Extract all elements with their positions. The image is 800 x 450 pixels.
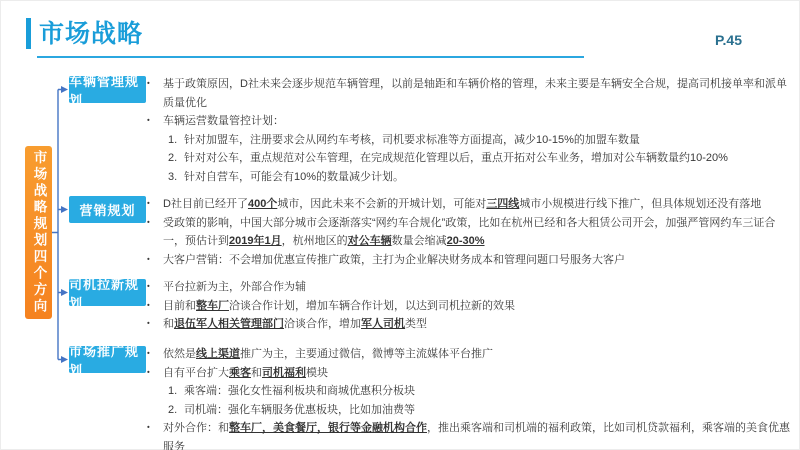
bullet-item: •D社目前已经开了400个城市，因此未来不会新的开城计划，可能对三四线城市小规模… — [147, 195, 793, 214]
number-marker: 2. — [168, 149, 184, 168]
numbered-item: 3.针对自营车，可能会有10%的数量减少计划。 — [147, 168, 793, 187]
bullet-marker: • — [147, 197, 160, 212]
bullet-item: •平台拉新为主，外部合作为辅 — [147, 278, 793, 297]
item-text: D社目前已经开了400个城市，因此未来不会新的开城计划，可能对三四线城市小规模进… — [163, 195, 793, 214]
bullet-marker: • — [147, 347, 160, 362]
bullet-item: •受政策的影响，中国大部分城市会逐渐落实“网约车合规化”政策，比如在杭州已经和各… — [147, 214, 793, 251]
item-text: 和退伍军人相关管理部门洽谈合作，增加军人司机类型 — [163, 315, 793, 334]
section-content-3: •平台拉新为主，外部合作为辅•目前和整车厂洽谈合作计划，增加车辆合作计划，以达到… — [147, 278, 793, 334]
strategy-directions-label: 市场战略规划四个方向 — [25, 146, 52, 319]
item-text: 对外合作：和整车厂，美食餐厅，银行等金融机构合作，推出乘客端和司机端的福利政策，… — [163, 419, 793, 450]
item-text: 司机端：强化车辆服务优惠板块，比如加油费等 — [184, 401, 793, 420]
bullet-marker: • — [147, 252, 160, 267]
numbered-item: 1.针对加盟车，注册要求会从网约车考核，司机要求标准等方面提高，减少10-15%… — [147, 131, 793, 150]
bullet-item: •目前和整车厂洽谈合作计划，增加车辆合作计划，以达到司机拉新的效果 — [147, 297, 793, 316]
section-content-4: •依然是线上渠道推广为主，主要通过微信，微博等主流媒体平台推广•自有平台扩大乘客… — [147, 345, 793, 450]
bullet-marker: • — [147, 298, 160, 313]
item-text: 基于政策原因，D社未来会逐步规范车辆管理，以前是轴距和车辆价格的管理，未来主要是… — [163, 75, 793, 112]
category-box-1: 车辆管理规划 — [69, 76, 146, 103]
number-marker: 1. — [168, 382, 184, 401]
section-content-2: •D社目前已经开了400个城市，因此未来不会新的开城计划，可能对三四线城市小规模… — [147, 195, 793, 269]
bullet-item: •大客户营销：不会增加优惠宣传推广政策，主打为企业解决财务成本和管理问题口号服务… — [147, 251, 793, 270]
item-text: 依然是线上渠道推广为主，主要通过微信，微博等主流媒体平台推广 — [163, 345, 793, 364]
category-box-2: 营销规划 — [69, 196, 146, 223]
slide: 市场战略 P.45 市场战略规划四个方向 车辆管理规划营销规划司机拉新规划市场推… — [0, 0, 800, 450]
bullet-item: •和退伍军人相关管理部门洽谈合作，增加军人司机类型 — [147, 315, 793, 334]
item-text: 针对加盟车，注册要求会从网约车考核，司机要求标准等方面提高，减少10-15%的加… — [184, 131, 793, 150]
item-text: 乘客端：强化女性福利板块和商城优惠积分板块 — [184, 382, 793, 401]
item-text: 车辆运营数量管控计划： — [163, 112, 793, 131]
bullet-item: •自有平台扩大乘客和司机福利模块 — [147, 364, 793, 383]
section-content-1: •基于政策原因，D社未来会逐步规范车辆管理，以前是轴距和车辆价格的管理，未来主要… — [147, 75, 793, 186]
bullet-marker: • — [147, 215, 160, 230]
numbered-item: 2.司机端：强化车辆服务优惠板块，比如加油费等 — [147, 401, 793, 420]
bullet-item: •车辆运营数量管控计划： — [147, 112, 793, 131]
number-marker: 1. — [168, 131, 184, 150]
category-box-3: 司机拉新规划 — [69, 279, 146, 306]
numbered-item: 1.乘客端：强化女性福利板块和商城优惠积分板块 — [147, 382, 793, 401]
item-text: 自有平台扩大乘客和司机福利模块 — [163, 364, 793, 383]
item-text: 针对自营车，可能会有10%的数量减少计划。 — [184, 168, 793, 187]
bullet-marker: • — [147, 280, 160, 295]
item-text: 大客户营销：不会增加优惠宣传推广政策，主打为企业解决财务成本和管理问题口号服务大… — [163, 251, 793, 270]
category-box-4: 市场推广规划 — [69, 346, 146, 373]
bullet-item: •基于政策原因，D社未来会逐步规范车辆管理，以前是轴距和车辆价格的管理，未来主要… — [147, 75, 793, 112]
page-number: P.45 — [715, 32, 742, 48]
bullet-item: •对外合作：和整车厂，美食餐厅，银行等金融机构合作，推出乘客端和司机端的福利政策… — [147, 419, 793, 450]
item-text: 受政策的影响，中国大部分城市会逐渐落实“网约车合规化”政策，比如在杭州已经和各大… — [163, 214, 793, 251]
title-accent-bar — [26, 18, 31, 49]
title-underline — [37, 56, 584, 58]
bullet-marker: • — [147, 114, 160, 129]
number-marker: 3. — [168, 168, 184, 187]
number-marker: 2. — [168, 401, 184, 420]
bullet-marker: • — [147, 317, 160, 332]
numbered-item: 2.针对对公车，重点规范对公车管理，在完成规范化管理以后，重点开拓对公车业务，增… — [147, 149, 793, 168]
bullet-marker: • — [147, 77, 160, 92]
item-text: 平台拉新为主，外部合作为辅 — [163, 278, 793, 297]
bullet-item: •依然是线上渠道推广为主，主要通过微信，微博等主流媒体平台推广 — [147, 345, 793, 364]
bullet-marker: • — [147, 421, 160, 436]
item-text: 针对对公车，重点规范对公车管理，在完成规范化管理以后，重点开拓对公车业务，增加对… — [184, 149, 793, 168]
item-text: 目前和整车厂洽谈合作计划，增加车辆合作计划，以达到司机拉新的效果 — [163, 297, 793, 316]
bullet-marker: • — [147, 365, 160, 380]
page-title: 市场战略 — [39, 18, 143, 50]
